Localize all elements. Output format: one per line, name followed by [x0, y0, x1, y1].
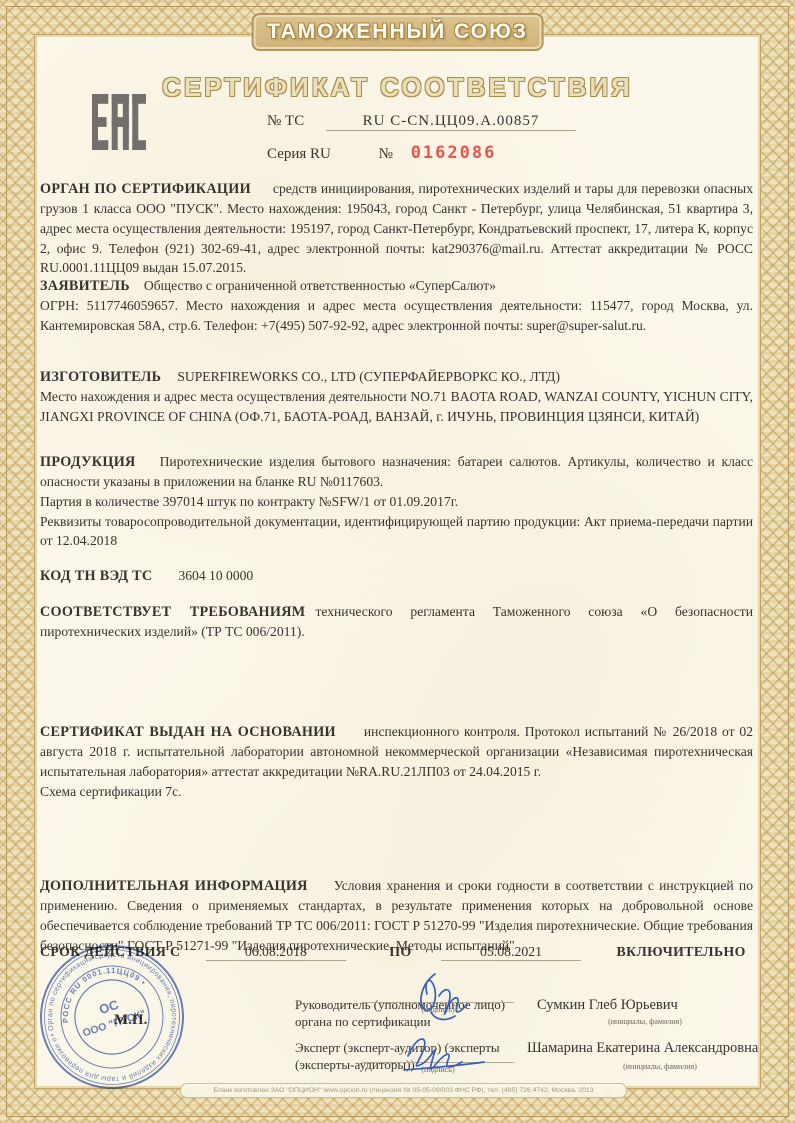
series-number: 0162086: [411, 143, 497, 163]
cert-number-row: № ТС RU C-CN.ЦЦ09.А.00857: [267, 113, 576, 131]
validity-inclusive-label: ВКЛЮЧИТЕЛЬНО: [616, 944, 745, 959]
stamp-outer-text: • Орган по сертификации средств иницииро…: [36, 941, 188, 1093]
section-certification-body: ОРГАН ПО СЕРТИФИКАЦИИсредств инициирован…: [40, 179, 753, 278]
cert-no-value: RU C-CN.ЦЦ09.А.00857: [326, 113, 576, 131]
series-row: Серия RU № 0162086: [267, 143, 496, 163]
section-basis: СЕРТИФИКАТ ВЫДАН НА ОСНОВАНИИинспекционн…: [40, 722, 753, 801]
product-description: Пиротехнические изделия бытового назначе…: [40, 454, 753, 489]
section-manufacturer: ИЗГОТОВИТЕЛЬSUPERFIREWORKS CO., LTD (СУП…: [40, 367, 753, 427]
section-compliance: СООТВЕТСТВУЕТ ТРЕБОВАНИЯМтехнического ре…: [40, 602, 753, 642]
name-caption-2: (инициалы, фамилия): [560, 1062, 760, 1071]
svg-text:• Орган по сертификации средст: • Орган по сертификации средств иницииро…: [36, 941, 188, 1093]
customs-union-banner: ТАМОЖЕННЫЙ СОЮЗ: [251, 13, 544, 51]
manufacturer-name: SUPERFIREWORKS CO., LTD (СУПЕРФАЙЕРВОРКС…: [177, 369, 560, 384]
tnved-value: 3604 10 0000: [178, 568, 253, 583]
product-batch: Партия в количестве 397014 штук по контр…: [40, 492, 753, 512]
handwritten-signature-1: [405, 968, 485, 1028]
blank-manufacturer-note: Бланк изготовлен ЗАО "ОПЦИОН" www.opcion…: [180, 1083, 627, 1098]
name-caption-1: (инициалы, фамилия): [545, 1017, 745, 1026]
cert-no-label: № ТС: [267, 113, 304, 130]
section-label: ИЗГОТОВИТЕЛЬ: [40, 369, 161, 385]
section-label: ОРГАН ПО СЕРТИФИКАЦИИ: [40, 181, 251, 197]
section-label: ЗАЯВИТЕЛЬ: [40, 278, 130, 294]
series-no-sign: №: [379, 146, 393, 163]
validity-to-label: ПО: [389, 944, 411, 959]
signatory-name-2: Шамарина Екатерина Александровна: [527, 1040, 758, 1057]
validity-date-to: 05.08.2021: [441, 944, 581, 961]
basis-scheme: Схема сертификации 7с.: [40, 782, 753, 802]
section-label: ДОПОЛНИТЕЛЬНАЯ ИНФОРМАЦИЯ: [40, 878, 308, 894]
applicant-name: Общество с ограниченной ответственностью…: [144, 278, 496, 293]
stamp-center-os: ОС: [97, 997, 121, 1017]
banner-text: ТАМОЖЕННЫЙ СОЮЗ: [267, 20, 528, 44]
section-label: СООТВЕТСТВУЕТ ТРЕБОВАНИЯМ: [40, 604, 305, 620]
signatory-name-1: Сумкин Глеб Юрьевич: [537, 997, 678, 1014]
product-docs: Реквизиты товаросопроводительной докумен…: [40, 512, 753, 551]
validity-date-from: 06.08.2018: [206, 944, 346, 961]
certificate-page: ТАМОЖЕННЫЙ СОЮЗ СЕРТИФИКАТ СООТВЕТСТВИЯ …: [0, 0, 795, 1123]
applicant-details: ОГРН: 5117746059657. Место нахождения и …: [40, 296, 753, 335]
manufacturer-address: Место нахождения и адрес места осуществл…: [40, 387, 753, 426]
section-tnved-code: КОД ТН ВЭД ТС3604 10 0000: [40, 566, 753, 586]
eac-mark-icon: [92, 94, 146, 150]
handwritten-signature-2: [398, 1028, 508, 1076]
section-label: КОД ТН ВЭД ТС: [40, 568, 152, 584]
series-label: Серия RU: [267, 146, 331, 163]
section-applicant: ЗАЯВИТЕЛЬОбщество с ограниченной ответст…: [40, 276, 753, 336]
section-label: ПРОДУКЦИЯ: [40, 454, 136, 470]
certification-body-stamp: • Орган по сертификации средств иницииро…: [36, 941, 188, 1093]
section-label: СЕРТИФИКАТ ВЫДАН НА ОСНОВАНИИ: [40, 724, 336, 740]
section-product: ПРОДУКЦИЯПиротехнические изделия бытовог…: [40, 452, 753, 551]
